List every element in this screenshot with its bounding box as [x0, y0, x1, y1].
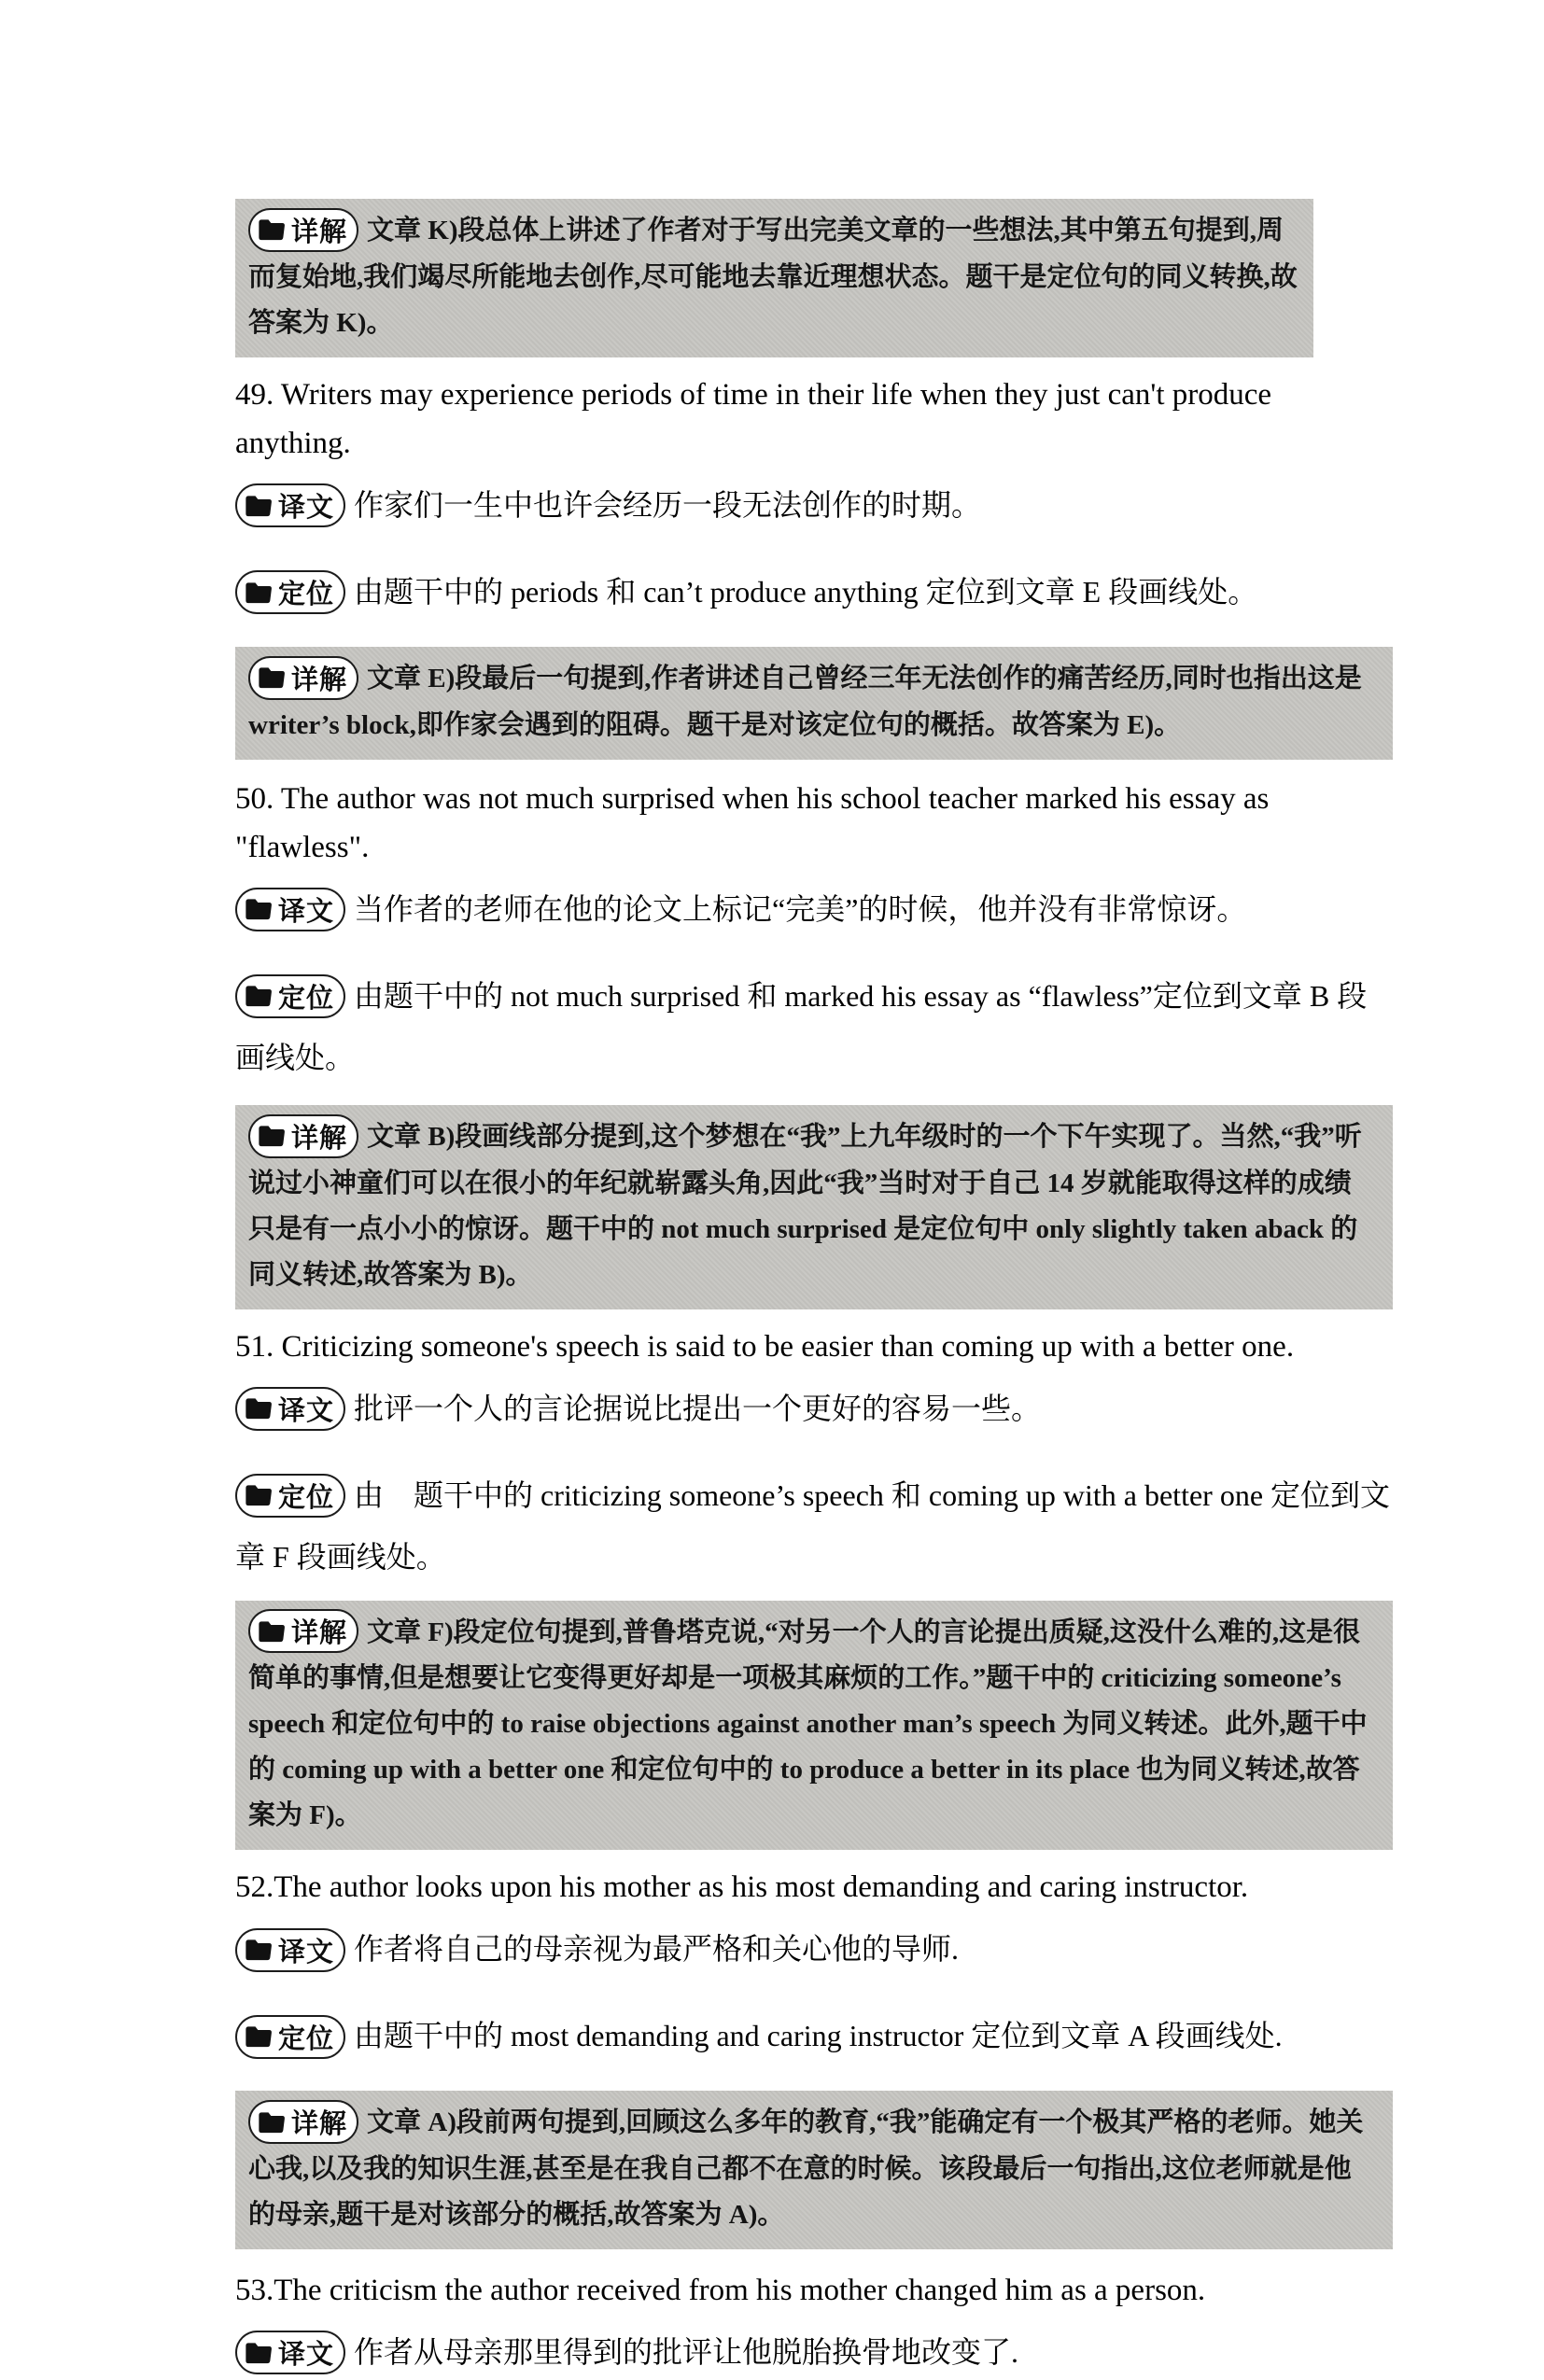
location-row: 定位 由 题干中的 criticizing someone’s speech 和… [235, 1464, 1393, 1588]
translation-badge: 译文 [235, 483, 345, 527]
folder-icon [244, 2024, 274, 2049]
translation-text: 作者将自己的母亲视为最严格和关心他的导师. [354, 1932, 959, 1966]
folder-icon [244, 494, 274, 518]
translation-badge: 译文 [235, 2331, 345, 2374]
translation-row: 译文 当作者的老师在他的论文上标记“完美”的时候，他并没有非常惊讶。 [235, 881, 1393, 937]
folder-icon [257, 1124, 287, 1148]
location-text: 由 题干中的 criticizing someone’s speech 和 co… [235, 1478, 1390, 1574]
explanation-text: 文章 K)段总体上讲述了作者对于写出完美文章的一些想法,其中第五句提到,周而复始… [248, 216, 1298, 338]
explanation-text: 文章 F)段定位句提到,普鲁塔克说,“对另一个人的言论提出质疑,这没什么难的,这… [248, 1617, 1368, 1831]
translation-text: 作者从母亲那里得到的批评让他脱胎换骨地改变了. [354, 2335, 1018, 2369]
explanation-badge: 详解 [248, 1114, 358, 1158]
location-row: 定位 由题干中的 periods 和 can’t produce anythin… [235, 561, 1393, 623]
translation-text: 作家们一生中也许会经历一段无法创作的时期。 [354, 488, 981, 522]
explanation-box: 详解 文章 F)段定位句提到,普鲁塔克说,“对另一个人的言论提出质疑,这没什么难… [235, 1601, 1393, 1851]
location-badge: 定位 [235, 974, 345, 1018]
translation-text: 批评一个人的言论据说比提出一个更好的容易一些。 [354, 1392, 1041, 1425]
badge-label: 定位 [278, 977, 334, 1015]
folder-icon [244, 2341, 274, 2365]
translation-row: 译文 作者从母亲那里得到的批评让他脱胎换骨地改变了. [235, 2324, 1393, 2380]
explanation-box: 详解 文章 K)段总体上讲述了作者对于写出完美文章的一些想法,其中第五句提到,周… [235, 199, 1313, 357]
badge-label: 详解 [291, 1612, 347, 1650]
location-badge: 定位 [235, 1474, 345, 1518]
explanation-text: 文章 A)段前两句提到,回顾这么多年的教育,“我”能确定有一个极其严格的老师。她… [248, 2107, 1363, 2230]
location-text: 由题干中的 not much surprised 和 marked his es… [235, 979, 1367, 1074]
folder-icon [244, 984, 274, 1008]
translation-row: 译文 作者将自己的母亲视为最严格和关心他的导师. [235, 1921, 1393, 1977]
explanation-text: 文章 B)段画线部分提到,这个梦想在“我”上九年级时的一个下午实现了。当然,“我… [248, 1122, 1362, 1290]
question-text: 52.The author looks upon his mother as h… [235, 1863, 1393, 1911]
translation-text: 当作者的老师在他的论文上标记“完美”的时候，他并没有非常惊讶。 [354, 892, 1246, 926]
location-text: 由题干中的 periods 和 can’t produce anything 定… [354, 575, 1257, 609]
translation-badge: 译文 [235, 888, 345, 931]
page-content: 详解 文章 K)段总体上讲述了作者对于写出完美文章的一些想法,其中第五句提到,周… [235, 199, 1393, 2380]
question-text: 50. The author was not much surprised wh… [235, 775, 1393, 872]
badge-label: 详解 [291, 2103, 347, 2141]
badge-label: 定位 [278, 1477, 334, 1515]
location-text: 由题干中的 most demanding and caring instruct… [354, 2019, 1283, 2052]
folder-icon [244, 1396, 274, 1421]
explanation-badge: 详解 [248, 2100, 358, 2144]
explanation-box: 详解 文章 E)段最后一句提到,作者讲述自己曾经三年无法创作的痛苦经历,同时也指… [235, 647, 1393, 760]
translation-row: 译文 作家们一生中也许会经历一段无法创作的时期。 [235, 477, 1393, 533]
location-badge: 定位 [235, 2015, 345, 2059]
translation-row: 译文 批评一个人的言论据说比提出一个更好的容易一些。 [235, 1380, 1393, 1436]
question-text: 51. Criticizing someone's speech is said… [235, 1323, 1393, 1371]
folder-icon [244, 897, 274, 921]
location-row: 定位 由题干中的 not much surprised 和 marked his… [235, 965, 1393, 1088]
badge-label: 详解 [291, 659, 347, 697]
badge-label: 译文 [278, 2333, 334, 2372]
question-text: 53.The criticism the author received fro… [235, 2266, 1393, 2315]
badge-label: 译文 [278, 1931, 334, 1969]
folder-icon [244, 581, 274, 605]
badge-label: 详解 [291, 211, 347, 249]
badge-label: 详解 [291, 1117, 347, 1155]
location-row: 定位 由题干中的 most demanding and caring instr… [235, 2005, 1393, 2066]
explanation-badge: 详解 [248, 1609, 358, 1653]
folder-icon [257, 217, 287, 242]
folder-icon [244, 1483, 274, 1507]
folder-icon [257, 1619, 287, 1644]
badge-label: 定位 [278, 573, 334, 611]
explanation-box: 详解 文章 A)段前两句提到,回顾这么多年的教育,“我”能确定有一个极其严格的老… [235, 2091, 1393, 2249]
folder-icon [244, 1938, 274, 1962]
translation-badge: 译文 [235, 1387, 345, 1431]
explanation-badge: 详解 [248, 208, 358, 252]
badge-label: 定位 [278, 2018, 334, 2056]
location-badge: 定位 [235, 570, 345, 614]
question-text: 49. Writers may experience periods of ti… [235, 371, 1393, 468]
folder-icon [257, 2110, 287, 2135]
explanation-badge: 详解 [248, 656, 358, 700]
explanation-text: 文章 E)段最后一句提到,作者讲述自己曾经三年无法创作的痛苦经历,同时也指出这是… [248, 664, 1362, 740]
badge-label: 译文 [278, 1390, 334, 1428]
badge-label: 译文 [278, 890, 334, 929]
explanation-box: 详解 文章 B)段画线部分提到,这个梦想在“我”上九年级时的一个下午实现了。当然… [235, 1105, 1393, 1309]
translation-badge: 译文 [235, 1928, 345, 1972]
folder-icon [257, 665, 287, 690]
badge-label: 译文 [278, 486, 334, 525]
